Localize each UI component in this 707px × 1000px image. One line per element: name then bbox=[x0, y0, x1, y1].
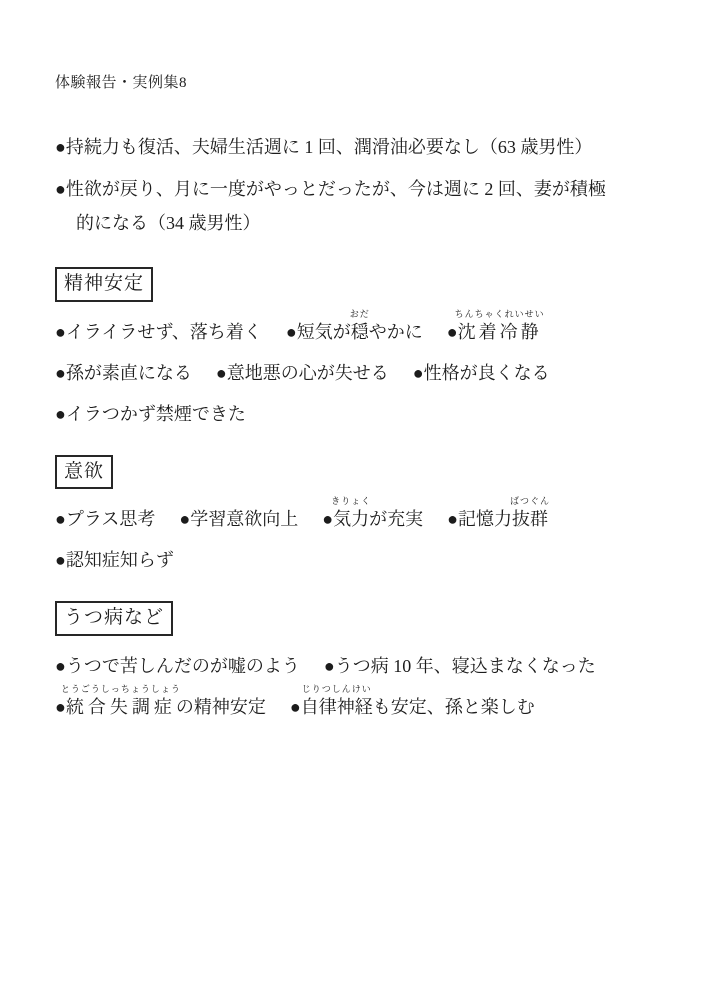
list-item-text: 意地悪の心が失せる bbox=[227, 360, 389, 387]
furigana-text: ちんちゃくれいせい bbox=[455, 310, 545, 319]
furigana-word: じりつしんけい自律神経 bbox=[301, 694, 373, 721]
furigana-word: ばつぐん抜群 bbox=[512, 506, 548, 533]
furigana-text: じりつしんけい bbox=[302, 685, 372, 694]
list-line: ●孫が素直になる ●意地悪の心が失せる ●性格が良くなる bbox=[55, 346, 667, 387]
furigana-text: おだ bbox=[350, 310, 370, 319]
list-item-text: プラス思考 bbox=[66, 506, 155, 533]
base-text: 気力 bbox=[333, 509, 369, 529]
list-item-text: 記憶力 bbox=[458, 506, 512, 533]
bullet-icon: ● bbox=[55, 509, 66, 529]
list-item-text: 性格が良くなる bbox=[424, 360, 550, 387]
section-heading-box: うつ病など bbox=[55, 601, 173, 636]
list-item: ●うつ病 10 年、寝込まなくなった bbox=[324, 653, 596, 680]
list-item: ●じりつしんけい自律神経も安定、孫と楽しむ bbox=[290, 694, 535, 721]
list-line: ●イライラせず、落ち着く ●短気がおだ穏やかに ●ちんちゃくれいせい沈着冷静 bbox=[55, 305, 667, 346]
bullet-icon: ● bbox=[55, 656, 66, 676]
document-page: 体験報告・実例集8 ●持続力も復活、夫婦生活週に 1 回、潤滑油必要なし（63 … bbox=[0, 0, 707, 1000]
base-text: 穏 bbox=[351, 322, 369, 342]
list-item: ●持続力も復活、夫婦生活週に 1 回、潤滑油必要なし（63 歳男性） bbox=[55, 130, 667, 164]
section-mental-stability: 精神安定 ●イライラせず、落ち着く ●短気がおだ穏やかに ●ちんちゃくれいせい沈… bbox=[55, 267, 667, 428]
section-depression: うつ病など ●うつで苦しんだのが嘘のよう ●うつ病 10 年、寝込まなくなった … bbox=[55, 601, 667, 721]
furigana-text: ばつぐん bbox=[510, 497, 550, 506]
bullet-icon: ● bbox=[290, 697, 301, 717]
base-text: 沈着冷静 bbox=[458, 322, 542, 342]
section-items: ●プラス思考 ●学習意欲向上 ●きりょく気力が充実 ●記憶力ばつぐん抜群 ●認知… bbox=[55, 492, 667, 574]
bullet-icon: ● bbox=[216, 363, 227, 383]
section-heading-box: 精神安定 bbox=[55, 267, 153, 302]
list-line: ●プラス思考 ●学習意欲向上 ●きりょく気力が充実 ●記憶力ばつぐん抜群 bbox=[55, 492, 667, 533]
bullet-icon: ● bbox=[55, 404, 66, 424]
bullet-icon: ● bbox=[55, 137, 66, 157]
list-item: ●きりょく気力が充実 bbox=[322, 506, 423, 533]
furigana-word: おだ穏 bbox=[351, 319, 369, 346]
list-item-text: が充実 bbox=[369, 506, 423, 533]
list-item-text: 孫が素直になる bbox=[66, 360, 192, 387]
testimonial-list-intro: ●持続力も復活、夫婦生活週に 1 回、潤滑油必要なし（63 歳男性） ●性欲が戻… bbox=[55, 130, 667, 240]
list-item: ●うつで苦しんだのが嘘のよう bbox=[55, 653, 300, 680]
page-title: 体験報告・実例集8 bbox=[55, 73, 667, 93]
furigana-text: とうごうしっちょうしょう bbox=[61, 685, 181, 694]
list-item: ●性格が良くなる bbox=[413, 360, 550, 387]
bullet-icon: ● bbox=[55, 697, 66, 717]
section-heading-box: 意欲 bbox=[55, 455, 113, 490]
bullet-icon: ● bbox=[55, 550, 66, 570]
list-item-text: やかに bbox=[369, 319, 423, 346]
list-item-text: 性欲が戻り、月に一度がやっとだったが、今は週に 2 回、妻が積極 bbox=[66, 179, 606, 199]
list-item-text: うつ病 10 年、寝込まなくなった bbox=[335, 653, 596, 680]
furigana-text: きりょく bbox=[331, 497, 371, 506]
section-items: ●イライラせず、落ち着く ●短気がおだ穏やかに ●ちんちゃくれいせい沈着冷静 ●… bbox=[55, 305, 667, 428]
list-item: ●性欲が戻り、月に一度がやっとだったが、今は週に 2 回、妻が積極的になる（34… bbox=[55, 172, 667, 240]
bullet-icon: ● bbox=[447, 322, 458, 342]
bullet-icon: ● bbox=[55, 322, 66, 342]
bullet-icon: ● bbox=[324, 656, 335, 676]
base-text: 抜群 bbox=[512, 509, 548, 529]
list-line: ●イラつかず禁煙できた bbox=[55, 387, 667, 428]
list-item: ●短気がおだ穏やかに bbox=[286, 319, 423, 346]
section-motivation: 意欲 ●プラス思考 ●学習意欲向上 ●きりょく気力が充実 ●記憶力ばつぐん抜群 … bbox=[55, 455, 667, 575]
list-item: ●学習意欲向上 bbox=[179, 506, 298, 533]
list-item-text: うつで苦しんだのが嘘のよう bbox=[66, 653, 300, 680]
bullet-icon: ● bbox=[322, 509, 333, 529]
section-items: ●うつで苦しんだのが嘘のよう ●うつ病 10 年、寝込まなくなった ●とうごうし… bbox=[55, 639, 667, 721]
furigana-word: ちんちゃくれいせい沈着冷静 bbox=[458, 319, 542, 346]
list-item-text: の精神安定 bbox=[176, 694, 266, 721]
list-item-text: 短気が bbox=[297, 319, 351, 346]
list-item-text: 持続力も復活、夫婦生活週に 1 回、潤滑油必要なし（63 歳男性） bbox=[66, 137, 593, 157]
list-item: ●孫が素直になる bbox=[55, 360, 192, 387]
furigana-word: とうごうしっちょうしょう統合失調症 bbox=[66, 694, 176, 721]
list-item: ●とうごうしっちょうしょう統合失調症の精神安定 bbox=[55, 694, 266, 721]
bullet-icon: ● bbox=[55, 363, 66, 383]
list-item-text: 認知症知らず bbox=[66, 547, 174, 574]
bullet-icon: ● bbox=[286, 322, 297, 342]
furigana-word: きりょく気力 bbox=[333, 506, 369, 533]
base-text: 自律神経 bbox=[301, 697, 373, 717]
list-item-text: も安定、孫と楽しむ bbox=[373, 694, 535, 721]
list-line: ●とうごうしっちょうしょう統合失調症の精神安定 ●じりつしんけい自律神経も安定、… bbox=[55, 680, 667, 721]
list-item: ●プラス思考 bbox=[55, 506, 155, 533]
list-item: ●記憶力ばつぐん抜群 bbox=[447, 506, 548, 533]
list-item: ●イラつかず禁煙できた bbox=[55, 401, 246, 428]
list-item: ●イライラせず、落ち着く bbox=[55, 319, 262, 346]
base-text: 統合失調症 bbox=[66, 697, 176, 717]
list-item: ●認知症知らず bbox=[55, 547, 174, 574]
bullet-icon: ● bbox=[55, 179, 66, 199]
bullet-icon: ● bbox=[413, 363, 424, 383]
list-line: ●うつで苦しんだのが嘘のよう ●うつ病 10 年、寝込まなくなった bbox=[55, 639, 667, 680]
list-item: ●ちんちゃくれいせい沈着冷静 bbox=[447, 319, 542, 346]
list-item-text: イライラせず、落ち着く bbox=[66, 319, 262, 346]
bullet-icon: ● bbox=[179, 509, 190, 529]
list-line: ●認知症知らず bbox=[55, 533, 667, 574]
list-item-text: 学習意欲向上 bbox=[190, 506, 298, 533]
list-item-text: イラつかず禁煙できた bbox=[66, 401, 246, 428]
list-item: ●意地悪の心が失せる bbox=[216, 360, 389, 387]
bullet-icon: ● bbox=[447, 509, 458, 529]
list-item-text-continuation: 的になる（34 歳男性） bbox=[76, 206, 667, 240]
